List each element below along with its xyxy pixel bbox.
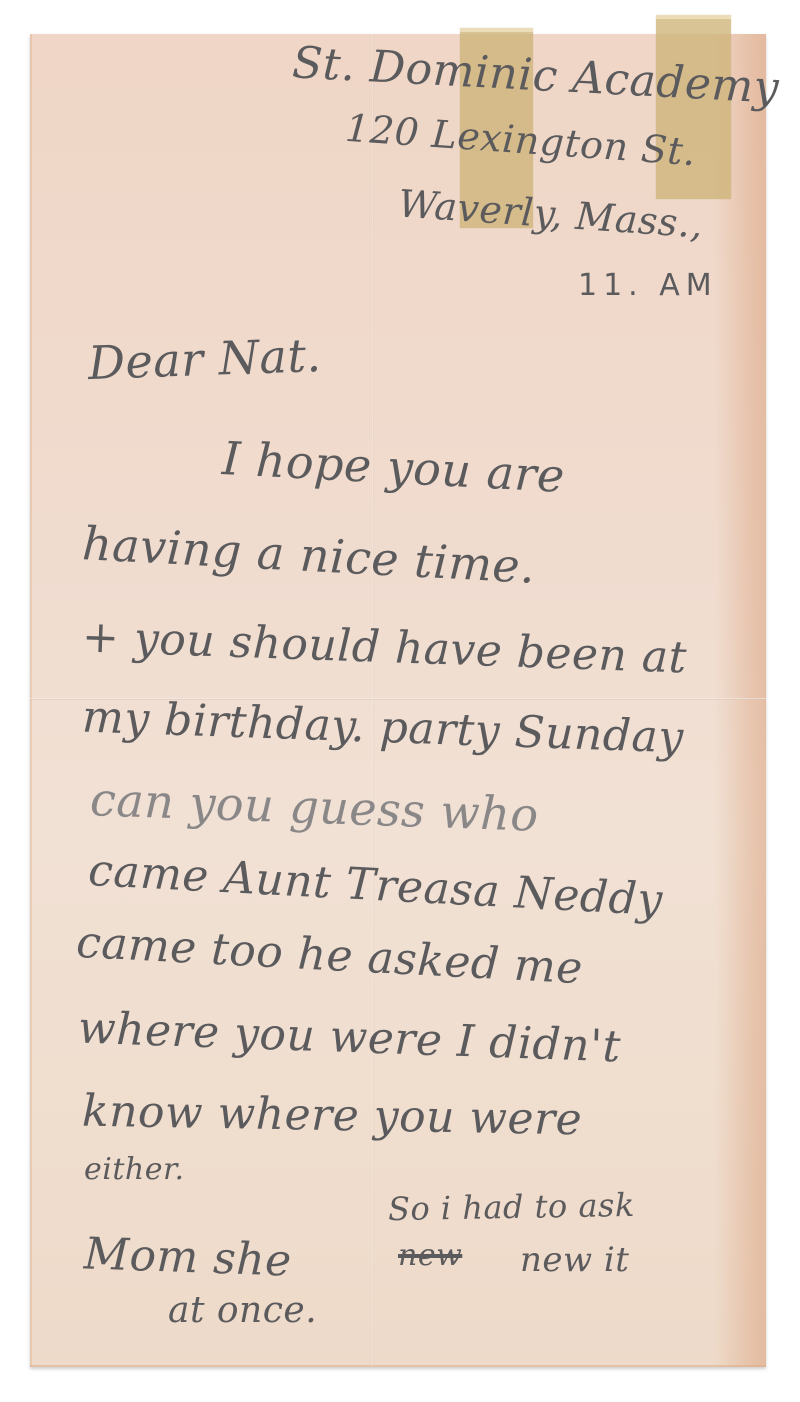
final-line-end: new it: [520, 1240, 629, 1280]
struck-out-word: new: [398, 1238, 462, 1273]
vertical-fold-crease: [372, 34, 374, 1367]
letter-time: 11. AM: [578, 268, 718, 303]
salutation: Dear Nat.: [87, 328, 322, 390]
final-line-start: Mom she: [83, 1228, 292, 1286]
body-line-9: know where you were: [82, 1086, 583, 1146]
body-line-10: either.: [84, 1152, 185, 1187]
inserted-phrase: So i had to ask: [388, 1186, 635, 1228]
closing-line: at once.: [168, 1290, 317, 1331]
